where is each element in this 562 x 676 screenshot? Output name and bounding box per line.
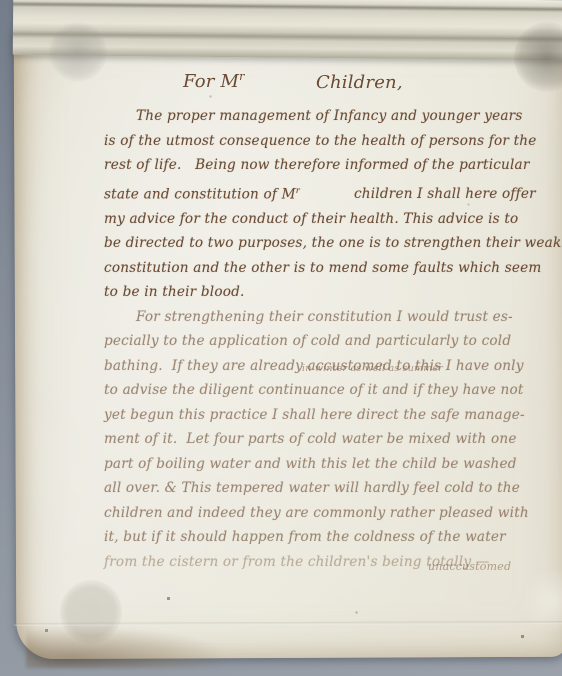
line-after-blank: children I shall here offer bbox=[354, 186, 536, 202]
manuscript-line: to advise the diligent continuance of it… bbox=[104, 378, 562, 403]
manuscript-line: part of boiling water and with this let … bbox=[104, 452, 562, 477]
manuscript-line-with-blank: state and constitution of Mrchildren I s… bbox=[104, 178, 562, 207]
manuscript-line: constitution and the other is to mend so… bbox=[104, 256, 562, 281]
manuscript-line: ment of it. Let four parts of cold water… bbox=[104, 427, 562, 452]
manuscript-line: my advice for the conduct of their healt… bbox=[104, 207, 562, 232]
heading-superscript: r bbox=[239, 70, 245, 83]
interlinear-insertion: in winter as well as summer bbox=[302, 363, 443, 374]
letter-body: The proper management of Infancy and you… bbox=[104, 104, 562, 574]
line-before-blank: state and constitution of M bbox=[104, 186, 296, 202]
manuscript-line: all over. & This tempered water will har… bbox=[104, 476, 562, 501]
catchword: unaccustomed bbox=[428, 560, 511, 573]
manuscript-line: yet begun this practice I shall here dir… bbox=[104, 403, 562, 428]
manuscript-line: The proper management of Infancy and you… bbox=[104, 104, 562, 129]
heading-salutation: For Mr bbox=[183, 70, 245, 92]
handwritten-text-layer: For Mr Children, The proper management o… bbox=[0, 0, 562, 676]
manuscript-photo: For Mr Children, The proper management o… bbox=[0, 0, 562, 676]
manuscript-line: be directed to two purposes, the one is … bbox=[104, 231, 562, 256]
manuscript-line: pecially to the application of cold and … bbox=[104, 329, 562, 354]
heading-salutation-text: For M bbox=[183, 71, 239, 92]
manuscript-line: children and indeed they are commonly ra… bbox=[104, 501, 562, 526]
manuscript-line: For strengthening their constitution I w… bbox=[104, 305, 562, 330]
line-superscript: r bbox=[296, 185, 300, 195]
heading-subject: Children, bbox=[316, 72, 403, 93]
manuscript-line: rest of life. Being now therefore inform… bbox=[104, 153, 562, 178]
manuscript-line: is of the utmost consequence to the heal… bbox=[104, 129, 562, 154]
manuscript-line: to be in their blood. bbox=[104, 280, 562, 305]
manuscript-line: it, but if it should happen from the col… bbox=[104, 525, 562, 550]
